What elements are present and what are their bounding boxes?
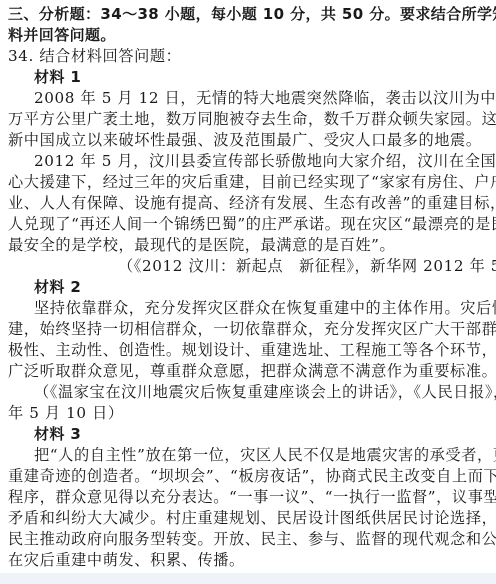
material-1-line: 心大援建下，经过三年的灾后重建，目前已经实现了“家家有房住、户户有就 xyxy=(8,172,488,193)
material-3-line: 重建奇迹的创造者。“坝坝会”、“板房夜话”，协商式民主改变自上而下的决策 xyxy=(8,466,488,487)
material-2-source-line1: （《温家宝在汶川地震灾后恢复重建座谈会上的讲话》，《人民日报》，2011 xyxy=(34,382,496,403)
bottom-strip xyxy=(0,573,496,584)
question-number: 34. 结合材料回答问题： xyxy=(8,46,488,67)
material-3-title: 材料 3 xyxy=(34,424,496,445)
material-2-line: 建，始终坚持一切相信群众，一切依靠群众，充分发挥灾区广大干部群众的积 xyxy=(8,319,488,340)
section-header-line2: 料并回答问题。 xyxy=(8,25,488,46)
material-3-line: 民主推动政府向服务型转变。开放、民主、参与、监督的现代观念和公民意识， xyxy=(8,529,488,550)
material-3-line: 在灾后重建中萌发、积累、传播。 xyxy=(8,550,488,571)
material-1-line: 2008 年 5 月 12 日，无情的特大地震突然降临，袭击以汶川为中心的近 5… xyxy=(34,88,496,109)
material-2-line: 坚持依靠群众，充分发挥灾区群众在恢复重建中的主体作用。灾后恢复重 xyxy=(34,298,496,319)
material-2-line: 广泛听取群众意见，尊重群众意愿，把群众满意不满意作为重要标准。 xyxy=(8,361,488,382)
material-1-line: 万平方公里广袤土地，数万同胞被夺去生命，数千万群众顿失家园。这是一次 xyxy=(8,109,488,130)
material-1-line: 最安全的是学校，最现代的是医院，最满意的是百姓”。 xyxy=(8,235,488,256)
material-3-line: 矛盾和纠纷大大减少。村庄重建规划、民居设计图纸供居民讨论选择，引导型 xyxy=(8,508,488,529)
material-3-line: 把“人的自主性”放在第一位，灾区人民不仅是地震灾害的承受者，更是 xyxy=(34,445,496,466)
exam-page: 三、分析题：34～38 小题，每小题 10 分，共 50 分。要求结合所学知识分… xyxy=(0,0,496,573)
material-1-line: 新中国成立以来破坏性最强、波及范围最广、受灾人口最多的地震。 xyxy=(8,130,488,151)
material-1-title: 材料 1 xyxy=(34,67,496,88)
material-1-line: 2012 年 5 月，汶川县委宣传部长骄傲地向大家介绍，汶川在全国人民的爱 xyxy=(34,151,496,172)
section-header-line1: 三、分析题：34～38 小题，每小题 10 分，共 50 分。要求结合所学知识分… xyxy=(8,4,488,25)
material-2-title: 材料 2 xyxy=(34,277,496,298)
material-1-source: （《2012 汶川：新起点 新征程》，新华网 2012 年 5 月 9 日） xyxy=(118,256,496,277)
material-2-line: 极性、主动性、创造性。规划设计、重建选址、工程施工等各个环节，都坚持 xyxy=(8,340,488,361)
material-3-line: 程序，群众意见得以充分表达。“一事一议”、“一执行一监督”，议事型民主让 xyxy=(8,487,488,508)
material-2-source-line2: 年 5 月 10 日） xyxy=(8,403,488,424)
material-1-line: 人兑现了“再还人间一个锦绣巴蜀”的庄严承诺。现在灾区“最漂亮的是民居， xyxy=(8,214,488,235)
material-1-line: 业、人人有保障、设施有提高、经济有发展、生态有改善”的重建目标，向世 xyxy=(8,193,488,214)
